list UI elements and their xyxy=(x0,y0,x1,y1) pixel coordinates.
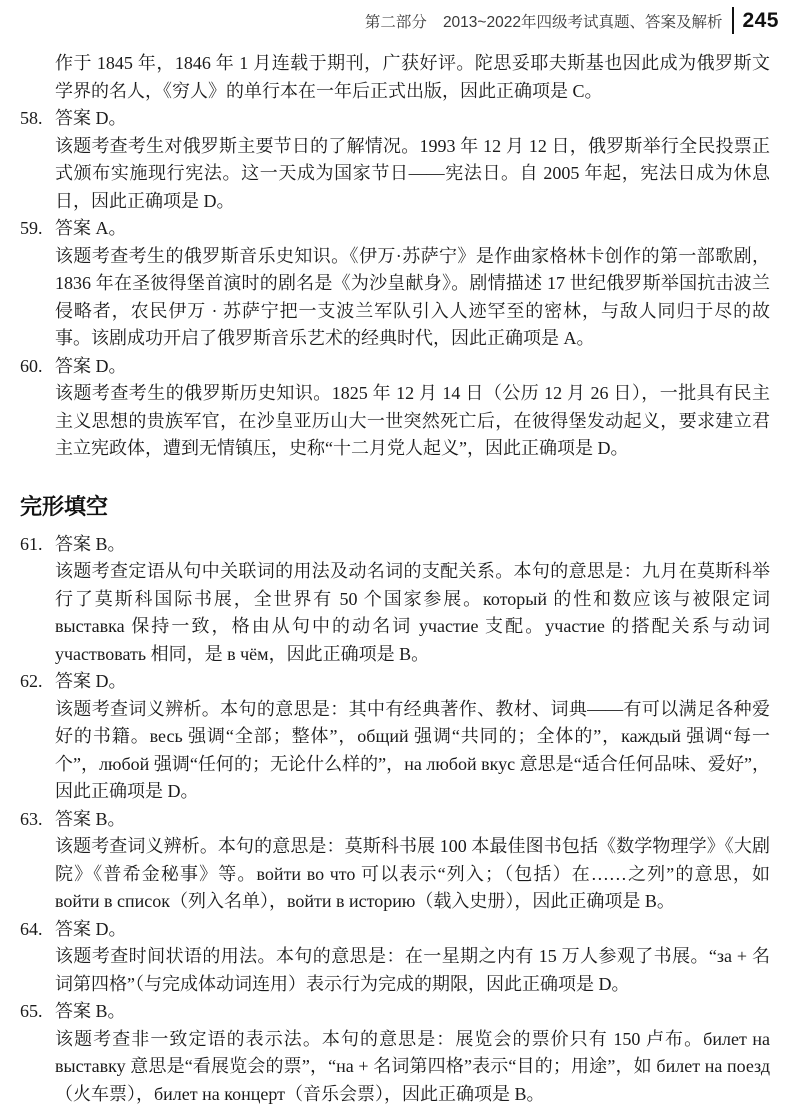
answer-item-59: 59. 答案 A。 该题考查考生的俄罗斯音乐史知识。《伊万·苏萨宁》是作曲家格林… xyxy=(55,215,770,353)
header-title: 2013~2022年四级考试真题、答案及解析 xyxy=(443,10,723,32)
answer-item-61: 61. 答案 B。 该题考查定语从句中关联词的用法及动名词的支配关系。本句的意思… xyxy=(55,531,770,669)
answer-label: 答案 A。 xyxy=(55,215,770,243)
header-part-label: 第二部分 xyxy=(365,10,427,32)
answer-label: 答案 B。 xyxy=(55,806,770,834)
item-number: 61. xyxy=(20,531,43,559)
answer-explanation: 该题考查词义辨析。本句的意思是：莫斯科书展 100 本最佳图书包括《数学物理学》… xyxy=(55,833,770,916)
item-number: 58. xyxy=(20,105,43,133)
answer-item-58: 58. 答案 D。 该题考查考生对俄罗斯主要节日的了解情况。1993 年 12 … xyxy=(55,105,770,215)
answer-explanation: 该题考查考生的俄罗斯历史知识。1825 年 12 月 14 日（公历 12 月 … xyxy=(55,380,770,463)
page-number: 245 xyxy=(742,9,779,33)
answer-item-62: 62. 答案 D。 该题考查词义辨析。本句的意思是：其中有经典著作、教材、词典—… xyxy=(55,668,770,806)
item-number: 64. xyxy=(20,916,43,944)
answer-explanation: 该题考查时间状语的用法。本句的意思是：在一星期之内有 15 万人参观了书展。“з… xyxy=(55,943,770,998)
header-divider xyxy=(732,7,734,34)
answer-explanation: 该题考查词义辨析。本句的意思是：其中有经典著作、教材、词典——有可以满足各种爱好… xyxy=(55,696,770,806)
answer-explanation: 该题考查非一致定语的表示法。本句的意思是：展览会的票价只有 150 卢布。бил… xyxy=(55,1026,770,1109)
item-number: 59. xyxy=(20,215,43,243)
answer-item-65: 65. 答案 B。 该题考查非一致定语的表示法。本句的意思是：展览会的票价只有 … xyxy=(55,998,770,1108)
item-number: 63. xyxy=(20,806,43,834)
content-column: 作于 1845 年，1846 年 1 月连载于期刊，广获好评。陀思妥耶夫斯基也因… xyxy=(55,50,770,1108)
section-title-cloze: 完形填空 xyxy=(20,492,770,522)
continuation-paragraph: 作于 1845 年，1846 年 1 月连载于期刊，广获好评。陀思妥耶夫斯基也因… xyxy=(55,50,770,105)
answer-label: 答案 D。 xyxy=(55,105,770,133)
item-number: 62. xyxy=(20,668,43,696)
page-header: 第二部分 2013~2022年四级考试真题、答案及解析 245 xyxy=(365,7,779,34)
answer-explanation: 该题考查考生对俄罗斯主要节日的了解情况。1993 年 12 月 12 日，俄罗斯… xyxy=(55,133,770,216)
answer-item-63: 63. 答案 B。 该题考查词义辨析。本句的意思是：莫斯科书展 100 本最佳图… xyxy=(55,806,770,916)
answer-label: 答案 D。 xyxy=(55,916,770,944)
answer-explanation: 该题考查考生的俄罗斯音乐史知识。《伊万·苏萨宁》是作曲家格林卡创作的第一部歌剧，… xyxy=(55,243,770,353)
item-number: 60. xyxy=(20,353,43,381)
answer-explanation: 该题考查定语从句中关联词的用法及动名词的支配关系。本句的意思是：九月在莫斯科举行… xyxy=(55,558,770,668)
answer-item-64: 64. 答案 D。 该题考查时间状语的用法。本句的意思是：在一星期之内有 15 … xyxy=(55,916,770,999)
answer-label: 答案 D。 xyxy=(55,668,770,696)
answer-label: 答案 D。 xyxy=(55,353,770,381)
answer-item-60: 60. 答案 D。 该题考查考生的俄罗斯历史知识。1825 年 12 月 14 … xyxy=(55,353,770,463)
item-number: 65. xyxy=(20,998,43,1026)
answer-label: 答案 B。 xyxy=(55,998,770,1026)
answer-label: 答案 B。 xyxy=(55,531,770,559)
